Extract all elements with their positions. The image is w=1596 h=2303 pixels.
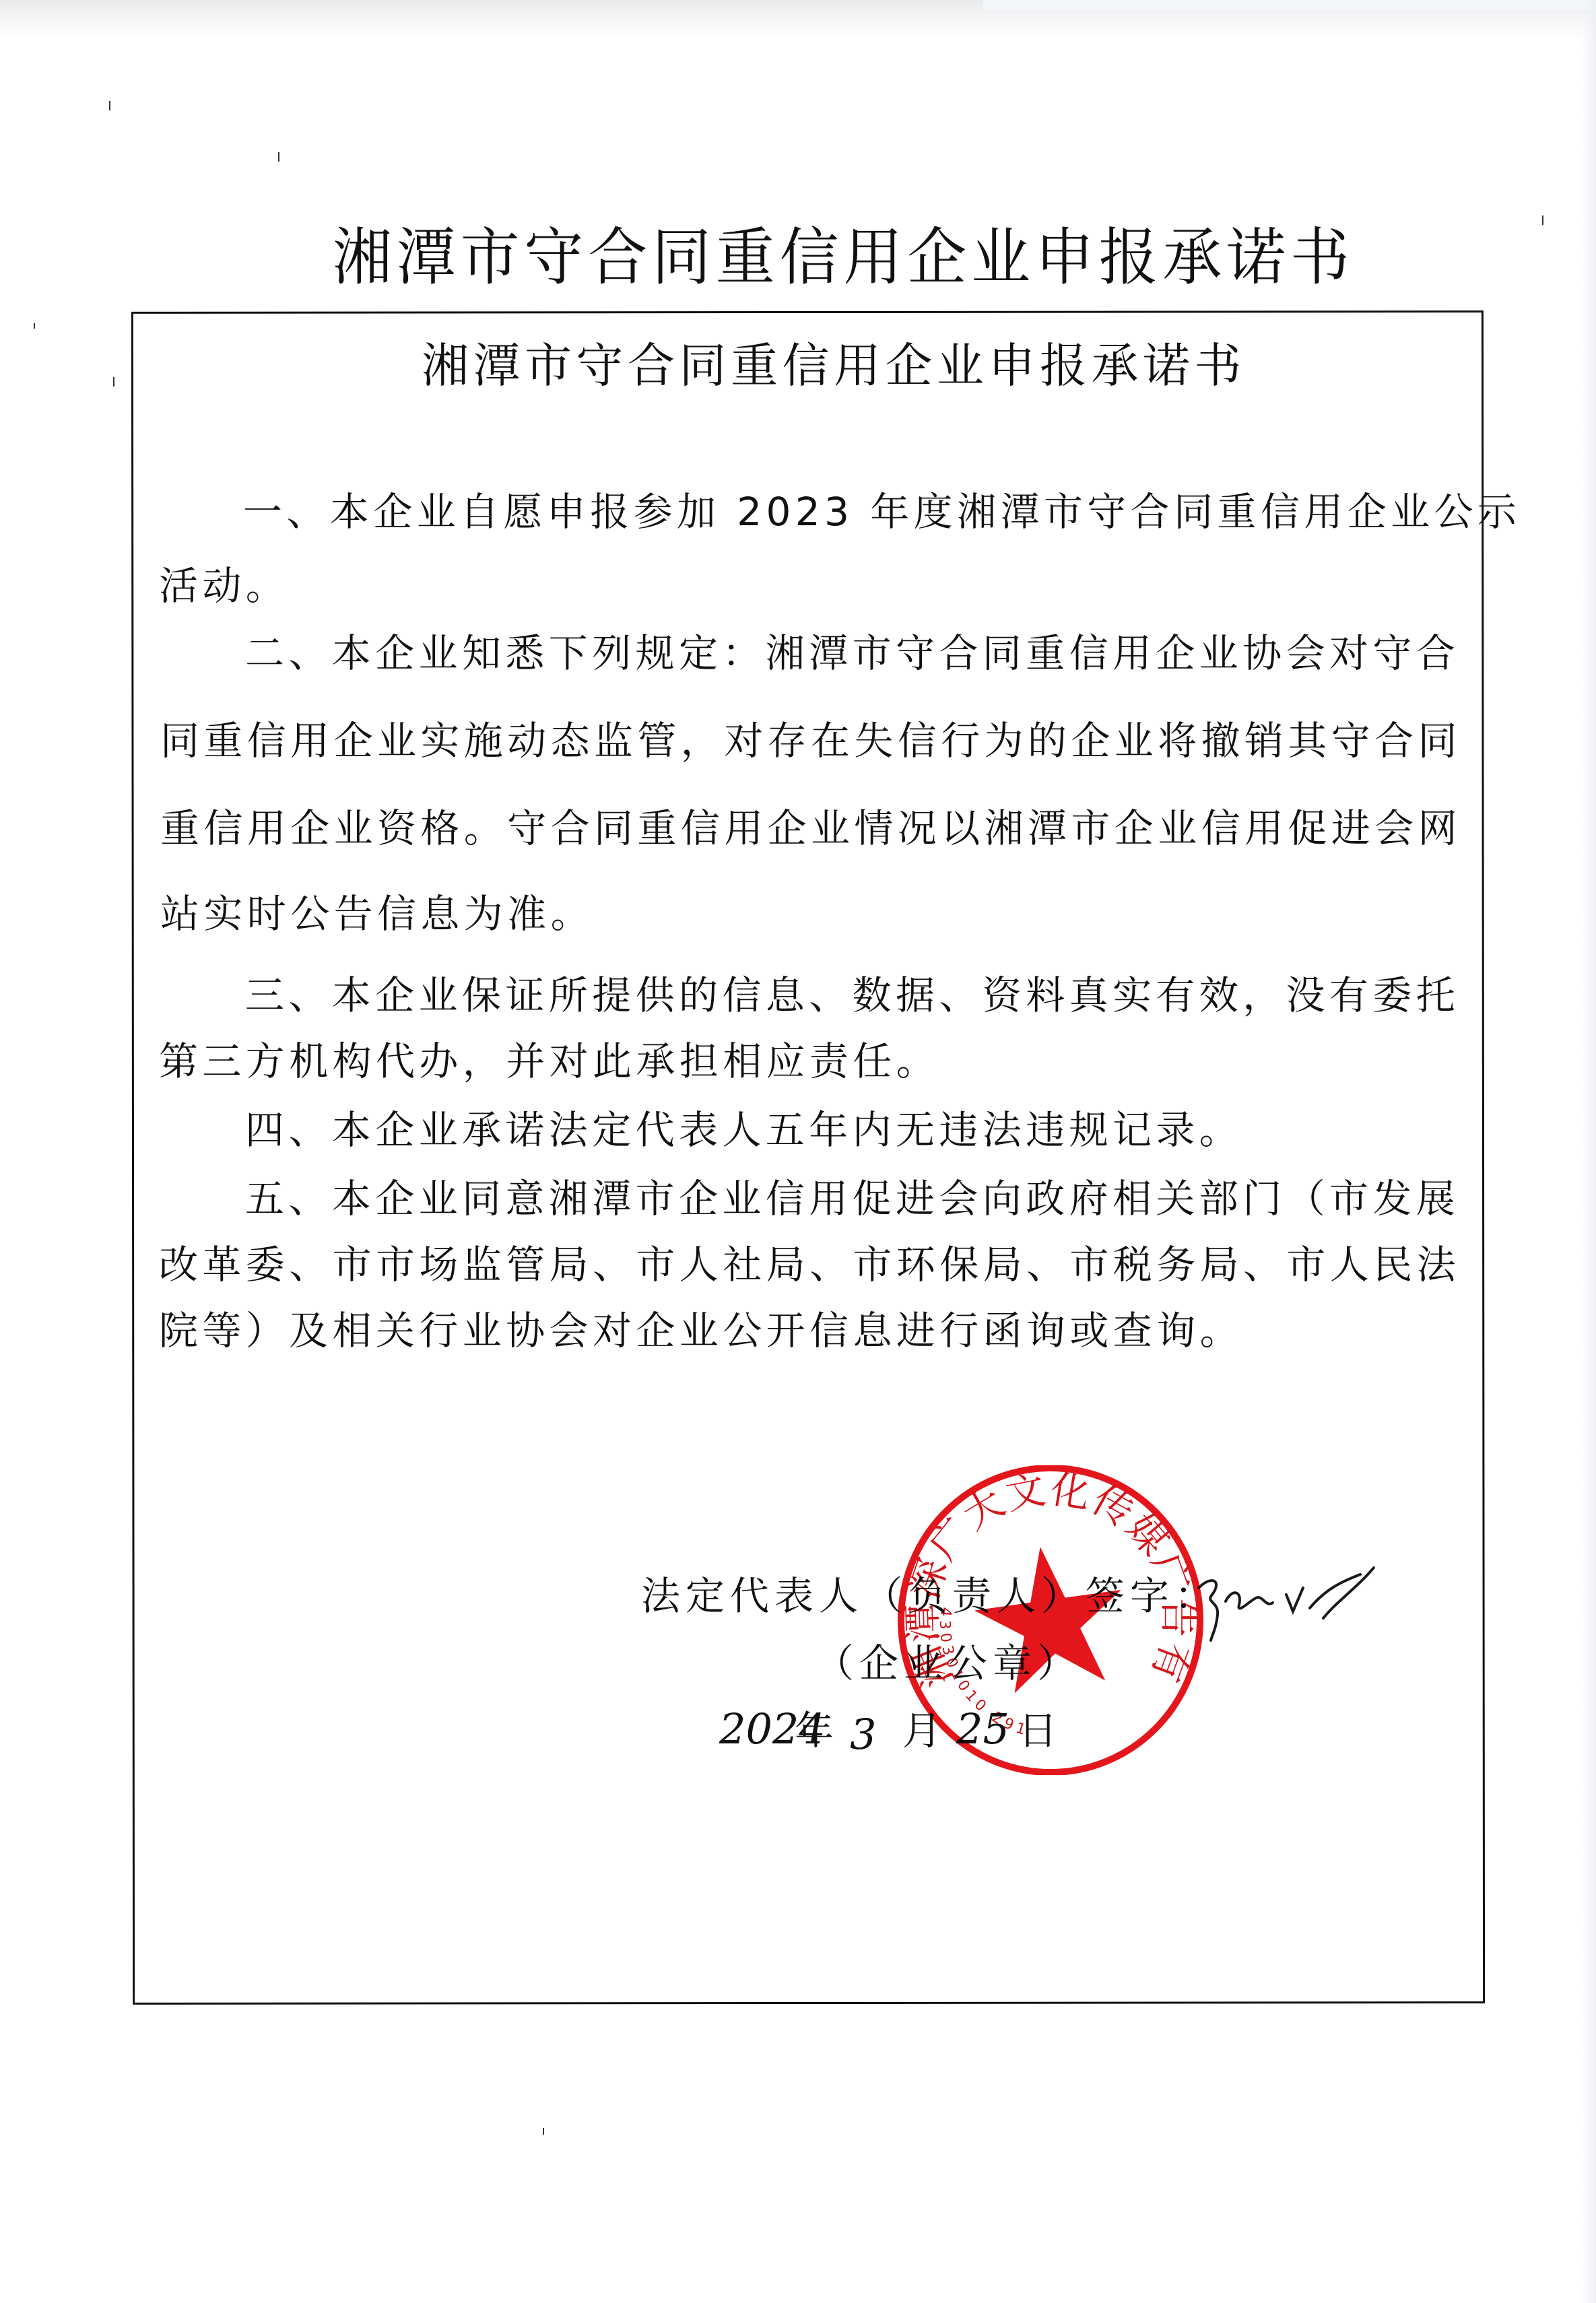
- paragraph-line: 二、本企业知悉下列规定：湘潭市守合同重信用企业协会对守合: [245, 629, 1459, 677]
- paragraph-line: 活动。: [159, 562, 289, 610]
- scan-speck: [278, 152, 279, 162]
- paragraph-line: 改革委、市市场监管局、市人社局、市环保局、市税务局、市人民法: [159, 1240, 1460, 1289]
- seal-star-icon: [967, 1537, 1133, 1698]
- company-seal: 湘潭深广大文化传媒广告有限公司 430301010 291: [896, 1465, 1205, 1775]
- paragraph-line: 同重信用企业实施动态监管，对存在失信行为的企业将撤销其守合同: [160, 716, 1461, 765]
- paragraph-line: 四、本企业承诺法定代表人五年内无违法违规记录。: [245, 1106, 1242, 1154]
- paragraph-line: 站实时公告信息为准。: [160, 890, 594, 938]
- box-title: 湘潭市守合同重信用企业申报承诺书: [422, 337, 1246, 395]
- paragraph-line: 一、本企业自愿申报参加 2023 年度湘潭市守合同重信用企业公示: [243, 488, 1521, 536]
- handwritten-signature: [1192, 1561, 1381, 1642]
- page-title: 湘潭市守合同重信用企业申报承诺书: [333, 220, 1302, 295]
- scan-speck: [1542, 215, 1543, 225]
- scan-shading-top-right: [983, 0, 1596, 10]
- paragraph-line: 院等）及相关行业协会对企业公开信息进行函询或查询。: [159, 1306, 1243, 1355]
- scan-speck: [543, 2128, 544, 2135]
- paragraph-line: 第三方机构代办，并对此承担相应责任。: [159, 1037, 939, 1086]
- scan-speck: [34, 323, 35, 329]
- paragraph-line: 三、本企业保证所提供的信息、数据、资料真实有效，没有委托: [245, 971, 1459, 1020]
- scan-shading-right: [1581, 0, 1596, 2303]
- date-year-unit: 年: [795, 1706, 839, 1755]
- scan-speck: [113, 377, 114, 387]
- paragraph-line: 重信用企业资格。守合同重信用企业情况以湘潭市企业信用促进会网: [160, 804, 1461, 853]
- scan-speck: [109, 101, 110, 110]
- date-month: 3: [850, 1710, 876, 1759]
- paragraph-line: 五、本企业同意湘潭市企业信用促进会向政府相关部门（市发展: [245, 1174, 1459, 1223]
